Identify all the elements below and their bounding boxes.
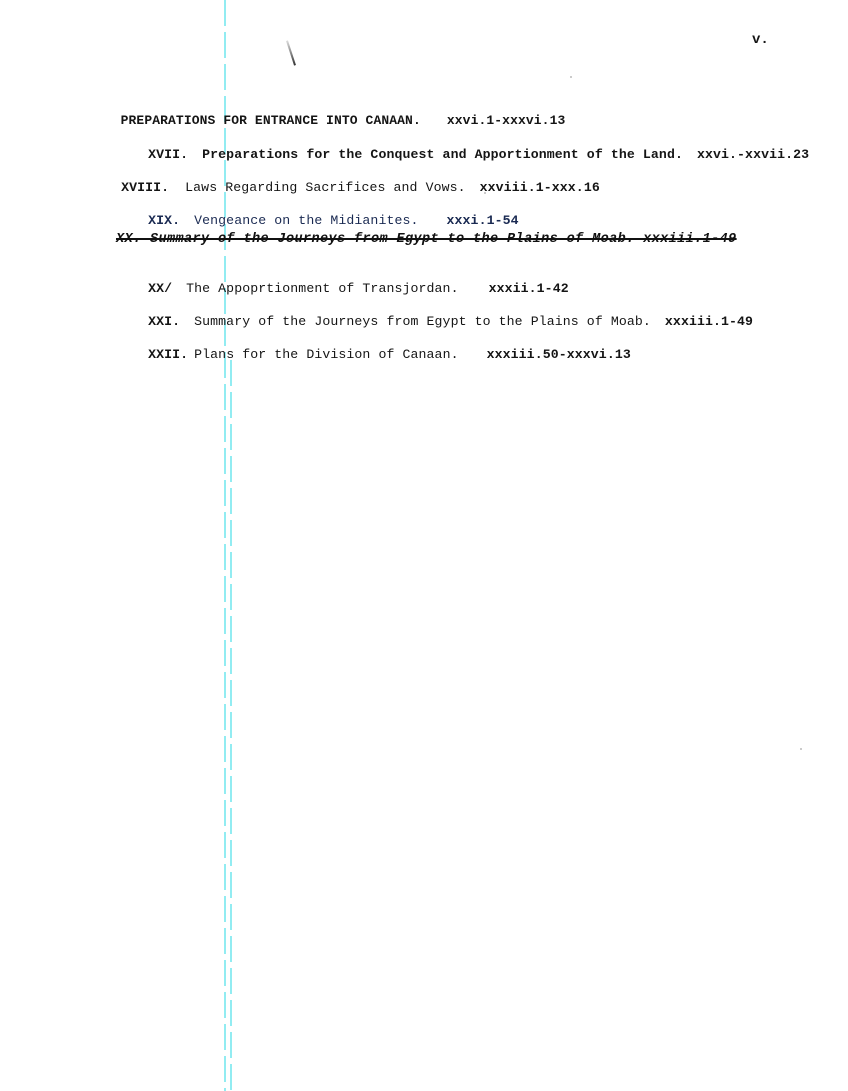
- entry-numeral: XIX.: [148, 213, 180, 228]
- toc-entry: XXII.Plans for the Division of Canaan.xx…: [116, 332, 631, 377]
- entry-numeral: XXII.: [148, 347, 188, 362]
- stray-pen-mark: [286, 40, 296, 65]
- entry-title: Preparations for the Conquest and Apport…: [202, 147, 683, 162]
- entry-reference: xxxi.1-54: [447, 213, 519, 228]
- entry-reference: xxxiii.50-xxxvi.13: [487, 347, 631, 362]
- paper-speck: [570, 76, 572, 78]
- entry-title: Plans for the Division of Canaan.: [194, 347, 458, 362]
- section-heading-reference: xxvi.1-xxxvi.13: [447, 113, 566, 128]
- struck-out-entry: XX. Summary of the Journeys from Egypt t…: [116, 232, 737, 247]
- entry-title: Vengeance on the Midianites.: [194, 213, 418, 228]
- entry-numeral: XVIII.: [121, 180, 169, 195]
- entry-reference: xxvi.-xxvii.23: [697, 147, 809, 162]
- entry-reference: xxxii.1-42: [489, 281, 569, 296]
- entry-numeral: XVII.: [148, 147, 188, 162]
- margin-rule-lower: [230, 360, 232, 1091]
- entry-title: Summary of the Journeys from Egypt to th…: [194, 314, 651, 329]
- document-page: v. PREPARATIONS FOR ENTRANCE INTO CANAAN…: [0, 0, 848, 1091]
- entry-reference: xxviii.1-xxx.16: [480, 180, 600, 195]
- entry-title: Laws Regarding Sacrifices and Vows.: [185, 180, 465, 195]
- page-number: v.: [752, 32, 769, 48]
- entry-numeral: XX/: [148, 281, 172, 296]
- section-heading-title: PREPARATIONS FOR ENTRANCE INTO CANAAN.: [121, 113, 421, 128]
- entry-numeral: XXI.: [148, 314, 180, 329]
- paper-speck: [800, 748, 802, 750]
- entry-title: The Appoprtionment of Transjordan.: [186, 281, 458, 296]
- entry-reference: xxxiii.1-49: [665, 314, 753, 329]
